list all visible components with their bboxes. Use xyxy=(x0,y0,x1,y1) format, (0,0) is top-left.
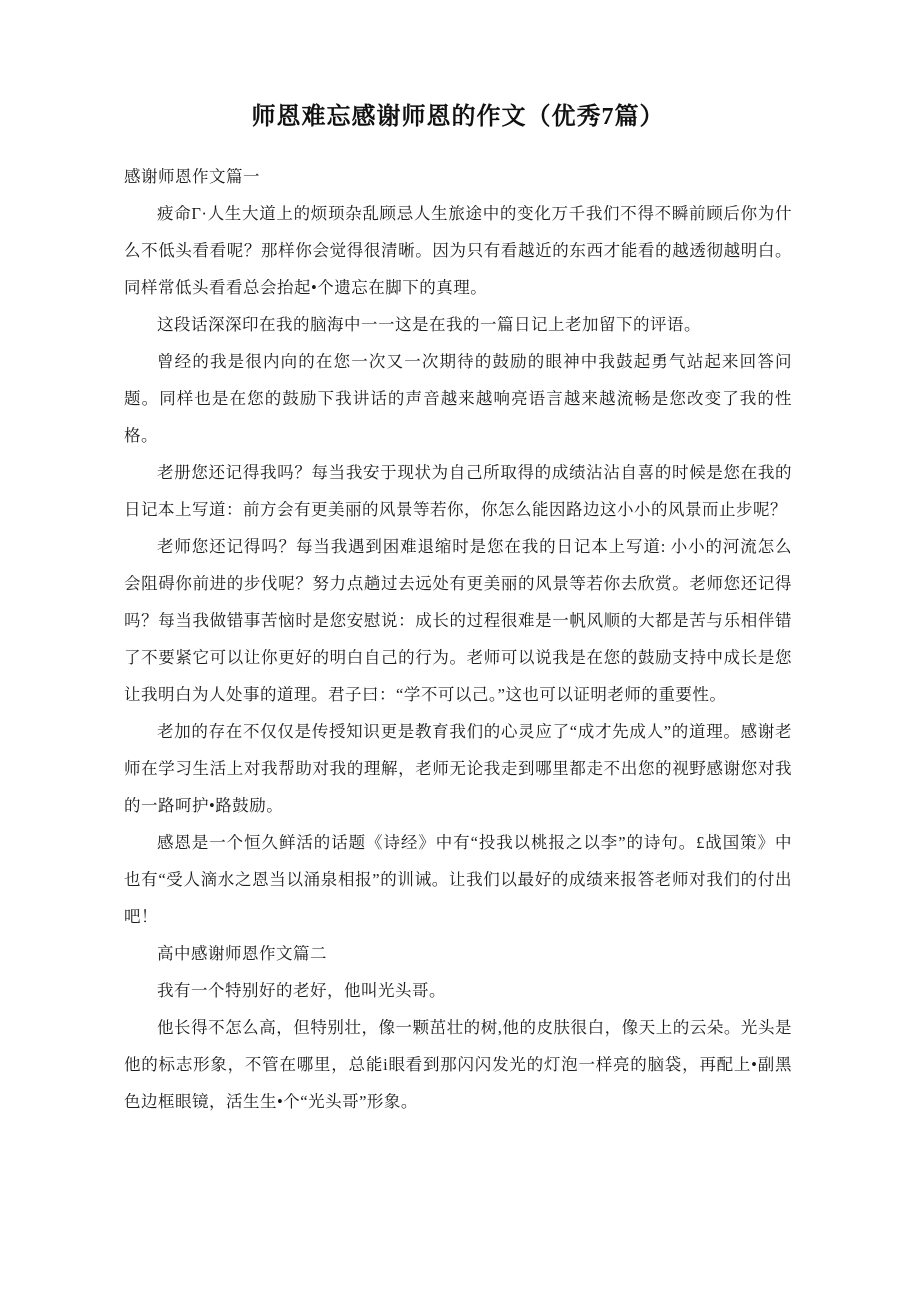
page-title: 师恩难忘感谢师恩的作文（优秀7篇） xyxy=(124,100,792,134)
paragraph: 疲命Γ·人生大道上的烦顼杂乱顾忌人生旅途中的变化万千我们不得不瞬前顾后你为什么不… xyxy=(124,195,792,306)
paragraph: 高中感谢师恩作文篇二 xyxy=(124,935,792,972)
paragraph: 他长得不怎么高，但特别壮，像一颗茁壮的树,他的皮肤很白，像天上的云朵。光头是他的… xyxy=(124,1009,792,1120)
paragraph: 我有一个特别好的老好，他叫光头哥。 xyxy=(124,972,792,1009)
paragraph: 感谢师恩作文篇一 xyxy=(124,158,792,195)
paragraph: 老加的存在不仅仅是传授知识更是教育我们的心灵应了“成才先成人”的道理。感谢老师在… xyxy=(124,713,792,824)
document-body: 感谢师恩作文篇一疲命Γ·人生大道上的烦顼杂乱顾忌人生旅途中的变化万千我们不得不瞬… xyxy=(124,158,792,1120)
paragraph: 老册您还记得我吗？每当我安于现状为自己所取得的成绩沾沾自喜的时候是您在我的日记本… xyxy=(124,454,792,528)
paragraph: 曾经的我是很内向的在您一次又一次期待的鼓励的眼神中我鼓起勇气站起来回答问题。同样… xyxy=(124,343,792,454)
document-page: 师恩难忘感谢师恩的作文（优秀7篇） 感谢师恩作文篇一疲命Γ·人生大道上的烦顼杂乱… xyxy=(0,0,920,1301)
paragraph: 老师您还记得吗？每当我遇到困难退缩时是您在我的日记本上写道: 小小的河流怎么会阻… xyxy=(124,528,792,713)
paragraph: 感恩是一个恒久鲜活的话题《诗经》中有“投我以桃报之以李”的诗句。£战国策》中也有… xyxy=(124,824,792,935)
paragraph: 这段话深深印在我的脑海中一一这是在我的一篇日记上老加留下的评语。 xyxy=(124,306,792,343)
